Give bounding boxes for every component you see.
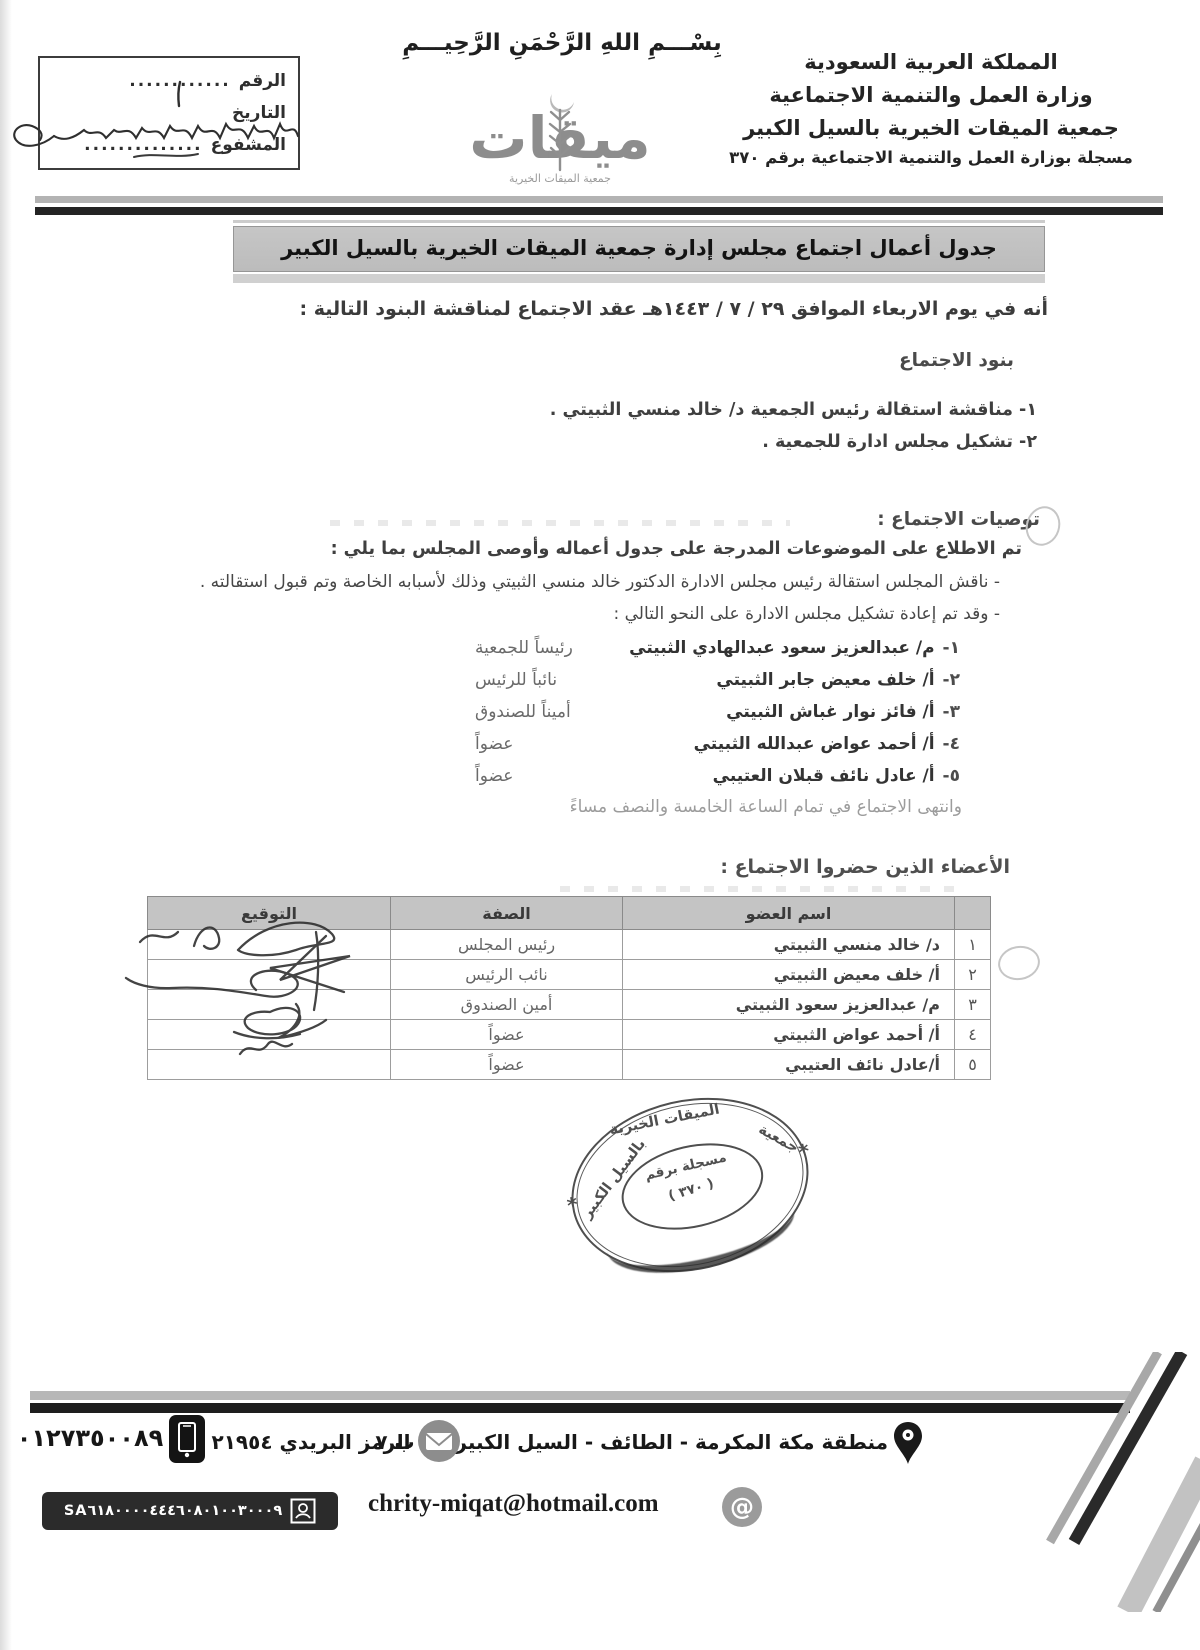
col-header-name: اسم العضو <box>623 897 955 930</box>
board-member-number: ٥- <box>943 766 960 786</box>
bismillah-calligraphy: بِسْـــمِ اللهِ الرَّحْمَنِ الرَّحِيـــم… <box>388 30 736 56</box>
board-member-row: ٥-أ/ عادل نائف قبلان العتيبي عضواً <box>475 766 960 786</box>
envelope-icon <box>416 1418 462 1464</box>
agenda-item-2: ٢- تشكيل مجلس ادارة للجمعية . <box>762 432 1037 452</box>
org-country-line: المملكة العربية السعودية <box>700 46 1162 79</box>
attendee-number: ٤ <box>955 1020 991 1050</box>
scan-artifact-circle <box>995 943 1042 984</box>
board-member-number: ٢- <box>943 670 960 690</box>
board-member: ١-م/ عبدالعزيز سعود عبدالهادي الثبيتي <box>629 638 960 658</box>
title-banner-shadow <box>233 274 1045 283</box>
at-symbol-icon: @ <box>722 1487 762 1527</box>
signatures-overlay <box>120 916 460 1066</box>
scan-noise-strip <box>560 886 960 892</box>
board-member-row: ١-م/ عبدالعزيز سعود عبدالهادي الثبيتي رئ… <box>475 638 960 658</box>
org-registration-line: مسجلة بوزارة العمل والتنمية الاجتماعية ب… <box>700 148 1162 167</box>
at-symbol: @ <box>730 1493 754 1521</box>
ref-number-row: الرقم ............ <box>48 65 286 97</box>
header-divider-dark <box>35 207 1163 215</box>
board-member-role: رئيساً للجمعية <box>475 638 573 658</box>
meeting-closing-line: وانتهى الاجتماع في تمام الساعة الخامسة و… <box>570 797 962 817</box>
recommendation-bullet-2: - وقد تم إعادة تشكيل مجلس الادارة على ال… <box>613 604 1000 624</box>
footer-iban: SA٦١٨٠٠٠٠٤٤٤٦٠٨٠١٠٠٣٠٠٠٩ <box>64 1503 282 1519</box>
attendee-number: ٥ <box>955 1050 991 1080</box>
board-member: ٣-أ/ فائز نوار غباش الثبيتي <box>726 702 960 722</box>
board-member: ٥-أ/ عادل نائف قبلان العتيبي <box>713 766 960 786</box>
footer-address: منطقة مكة المكرمة - الطائف - السيل الكبي… <box>498 1430 888 1454</box>
footer-email: chrity-miqat@hotmail.com <box>368 1490 659 1518</box>
board-member-name: أ/ خلف معيض جابر الثبيتي <box>716 670 934 690</box>
footer-divider-gray <box>30 1391 1130 1400</box>
board-member-role: عضواً <box>475 766 513 786</box>
attendee-name: أ/ أحمد عواض الثبيتي <box>623 1020 955 1050</box>
meeting-date-line: أنه في يوم الاربعاء الموافق ٢٩ / ٧ / ١٤٤… <box>300 298 1048 320</box>
org-ministry-line: وزارة العمل والتنمية الاجتماعية <box>700 79 1162 112</box>
title-banner-topline <box>233 220 1045 223</box>
ref-number-label: الرقم <box>239 65 286 97</box>
board-member-number: ٤- <box>943 734 960 754</box>
board-member: ٢-أ/ خلف معيض جابر الثبيتي <box>716 670 960 690</box>
col-header-num <box>955 897 991 930</box>
location-pin-icon <box>893 1420 923 1466</box>
scanned-meeting-minutes-document: الرقم ............ التاريخ المشفوع .....… <box>0 0 1200 1650</box>
attendees-heading: الأعضاء الذين حضروا الاجتماع : <box>720 856 1010 878</box>
organization-header: المملكة العربية السعودية وزارة العمل وال… <box>700 46 1162 167</box>
wheat-crescent-icon <box>538 86 582 172</box>
agenda-item-1: ١- مناقشة استقالة رئيس الجمعية د/ خالد م… <box>550 400 1037 420</box>
attendee-name: د/ خالد منسي الثبيتي <box>623 930 955 960</box>
association-stamp: جمعية الميقات الخيرية بالسيل الكبير مسجل… <box>554 1075 826 1295</box>
board-member-row: ٢-أ/ خلف معيض جابر الثبيتي نائباً للرئيس <box>475 670 960 690</box>
reference-box: الرقم ............ التاريخ المشفوع .....… <box>38 56 300 170</box>
board-member-number: ١- <box>943 638 960 658</box>
handwritten-tick-scribble <box>168 80 188 108</box>
iban-badge: SA٦١٨٠٠٠٠٤٤٤٦٠٨٠١٠٠٣٠٠٠٩ <box>42 1492 338 1530</box>
board-member-name: أ/ فائز نوار غباش الثبيتي <box>726 702 934 722</box>
attendee-name: م/ عبدالعزيز سعود الثبيتي <box>623 990 955 1020</box>
bank-icon <box>290 1498 316 1524</box>
scan-paper-edge <box>0 0 12 1650</box>
recommendations-intro: تم الاطلاع على الموضوعات المدرجة على جدو… <box>331 539 1022 559</box>
attendee-name: أ/ خلف معيض الثبيتي <box>623 960 955 990</box>
attendee-number: ٣ <box>955 990 991 1020</box>
document-title: جدول أعمال اجتماع مجلس إدارة جمعية الميق… <box>233 226 1045 272</box>
header-divider-gray <box>35 196 1163 203</box>
scan-noise-strip <box>330 520 790 526</box>
board-member-number: ٣- <box>943 702 960 722</box>
board-member: ٤-أ/ أحمد عواض عبدالله الثبيتي <box>694 734 960 754</box>
board-member-name: م/ عبدالعزيز سعود عبدالهادي الثبيتي <box>629 638 934 658</box>
attendee-number: ١ <box>955 930 991 960</box>
miqat-logo: ميقات جمعية الميقات الخيرية <box>430 90 690 208</box>
agenda-heading: بنود الاجتماع <box>899 350 1014 371</box>
board-member-row: ٣-أ/ فائز نوار غباش الثبيتي أميناً للصند… <box>475 702 960 722</box>
handwritten-dash-scribble <box>132 150 202 162</box>
org-association-line: جمعية الميقات الخيرية بالسيل الكبير <box>700 112 1162 145</box>
recommendation-bullet-1: - ناقش المجلس استقالة رئيس مجلس الادارة … <box>200 572 1000 592</box>
board-member-role: عضواً <box>475 734 513 754</box>
recommendations-heading: توصيات الاجتماع : <box>877 509 1040 530</box>
crescent-shape <box>550 94 574 112</box>
attendee-number: ٢ <box>955 960 991 990</box>
board-member-name: أ/ أحمد عواض عبدالله الثبيتي <box>694 734 935 754</box>
attendee-name: أ/عادل نائف العتيبي <box>623 1050 955 1080</box>
footer-postal-code: الرمز البريدي ٢١٩٥٤ <box>210 1430 412 1454</box>
footer-divider-dark <box>30 1403 1130 1413</box>
footer-diagonal-stripes <box>1010 1352 1200 1612</box>
title-banner: جدول أعمال اجتماع مجلس إدارة جمعية الميق… <box>233 220 1045 283</box>
board-member-row: ٤-أ/ أحمد عواض عبدالله الثبيتي عضواً <box>475 734 960 754</box>
footer-phone-number: ٠١٢٧٣٥٠٠٨٩ <box>14 1424 166 1452</box>
board-member-role: نائباً للرئيس <box>475 670 557 690</box>
phone-icon <box>168 1414 206 1464</box>
board-member-role: أميناً للصندوق <box>475 702 571 722</box>
board-member-name: أ/ عادل نائف قبلان العتيبي <box>713 766 935 786</box>
